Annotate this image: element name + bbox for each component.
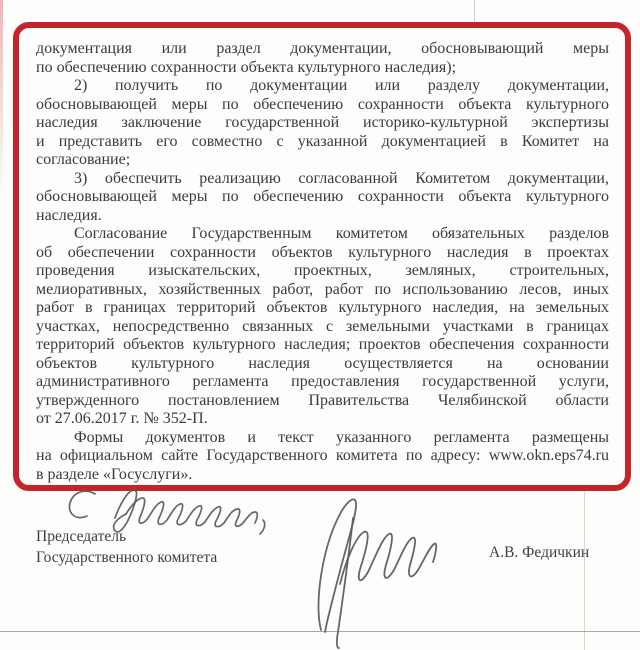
document-line: утвержденного постановлением Правительст… bbox=[36, 392, 609, 411]
document-line: наследия заключение государственной исто… bbox=[36, 114, 609, 133]
document-line: административного регламента предоставле… bbox=[36, 373, 609, 392]
document-line: документация или раздел документации, об… bbox=[36, 40, 609, 59]
document-line: Формы документов и текст указанного регл… bbox=[36, 429, 609, 448]
document-line: на официальном сайте Государственного ко… bbox=[36, 447, 609, 466]
document-line: 3) обеспечить реализацию согласованной К… bbox=[36, 170, 609, 189]
document-line: в разделе «Госуслуги». bbox=[36, 466, 609, 485]
document-line: обосновывающей меры по обеспечению сохра… bbox=[36, 96, 609, 115]
scan-edge-artifact bbox=[0, 0, 3, 200]
document-line: работ в границах территорий объектов кул… bbox=[36, 299, 609, 318]
red-annotation-box: документация или раздел документации, об… bbox=[13, 22, 631, 491]
signature-scribble bbox=[296, 492, 446, 650]
document-line: объектов культурного наследия осуществля… bbox=[36, 355, 609, 374]
document-line: мелиоративных, хозяйственных работ, рабо… bbox=[36, 281, 609, 300]
document-line: от 27.06.2017 г. № 352-П. bbox=[36, 410, 609, 429]
document-line: участках, непосредственно связанных с зе… bbox=[36, 318, 609, 337]
scanned-letter-page: документация или раздел документации, об… bbox=[0, 0, 640, 650]
signer-title-line1: Председатель bbox=[36, 526, 217, 547]
document-line: Согласование Государственным комитетом о… bbox=[36, 225, 609, 244]
signer-name: А.В. Федичкин bbox=[489, 544, 613, 562]
scan-fold-line-bottom bbox=[584, 491, 585, 650]
document-line: наследия. bbox=[36, 207, 609, 226]
document-line: об обеспечении сохранности объектов куль… bbox=[36, 244, 609, 263]
signer-title-line2: Государственного комитета bbox=[36, 547, 217, 568]
scan-fold-line-top bbox=[474, 0, 475, 24]
document-line: 2) получить по документации или разделу … bbox=[36, 77, 609, 96]
document-line: по обеспечению сохранности объекта культ… bbox=[36, 59, 609, 78]
document-line: территорий объектов культурного наследия… bbox=[36, 336, 609, 355]
document-line: проведения изыскательских, проектных, зе… bbox=[36, 262, 609, 281]
signer-title-block: Председатель Государственного комитета bbox=[36, 526, 217, 568]
document-line: согласование; bbox=[36, 151, 609, 170]
document-line: обосновывающей меры по обеспечению сохра… bbox=[36, 188, 609, 207]
document-line: и представить его совместно с указанной … bbox=[36, 133, 609, 152]
